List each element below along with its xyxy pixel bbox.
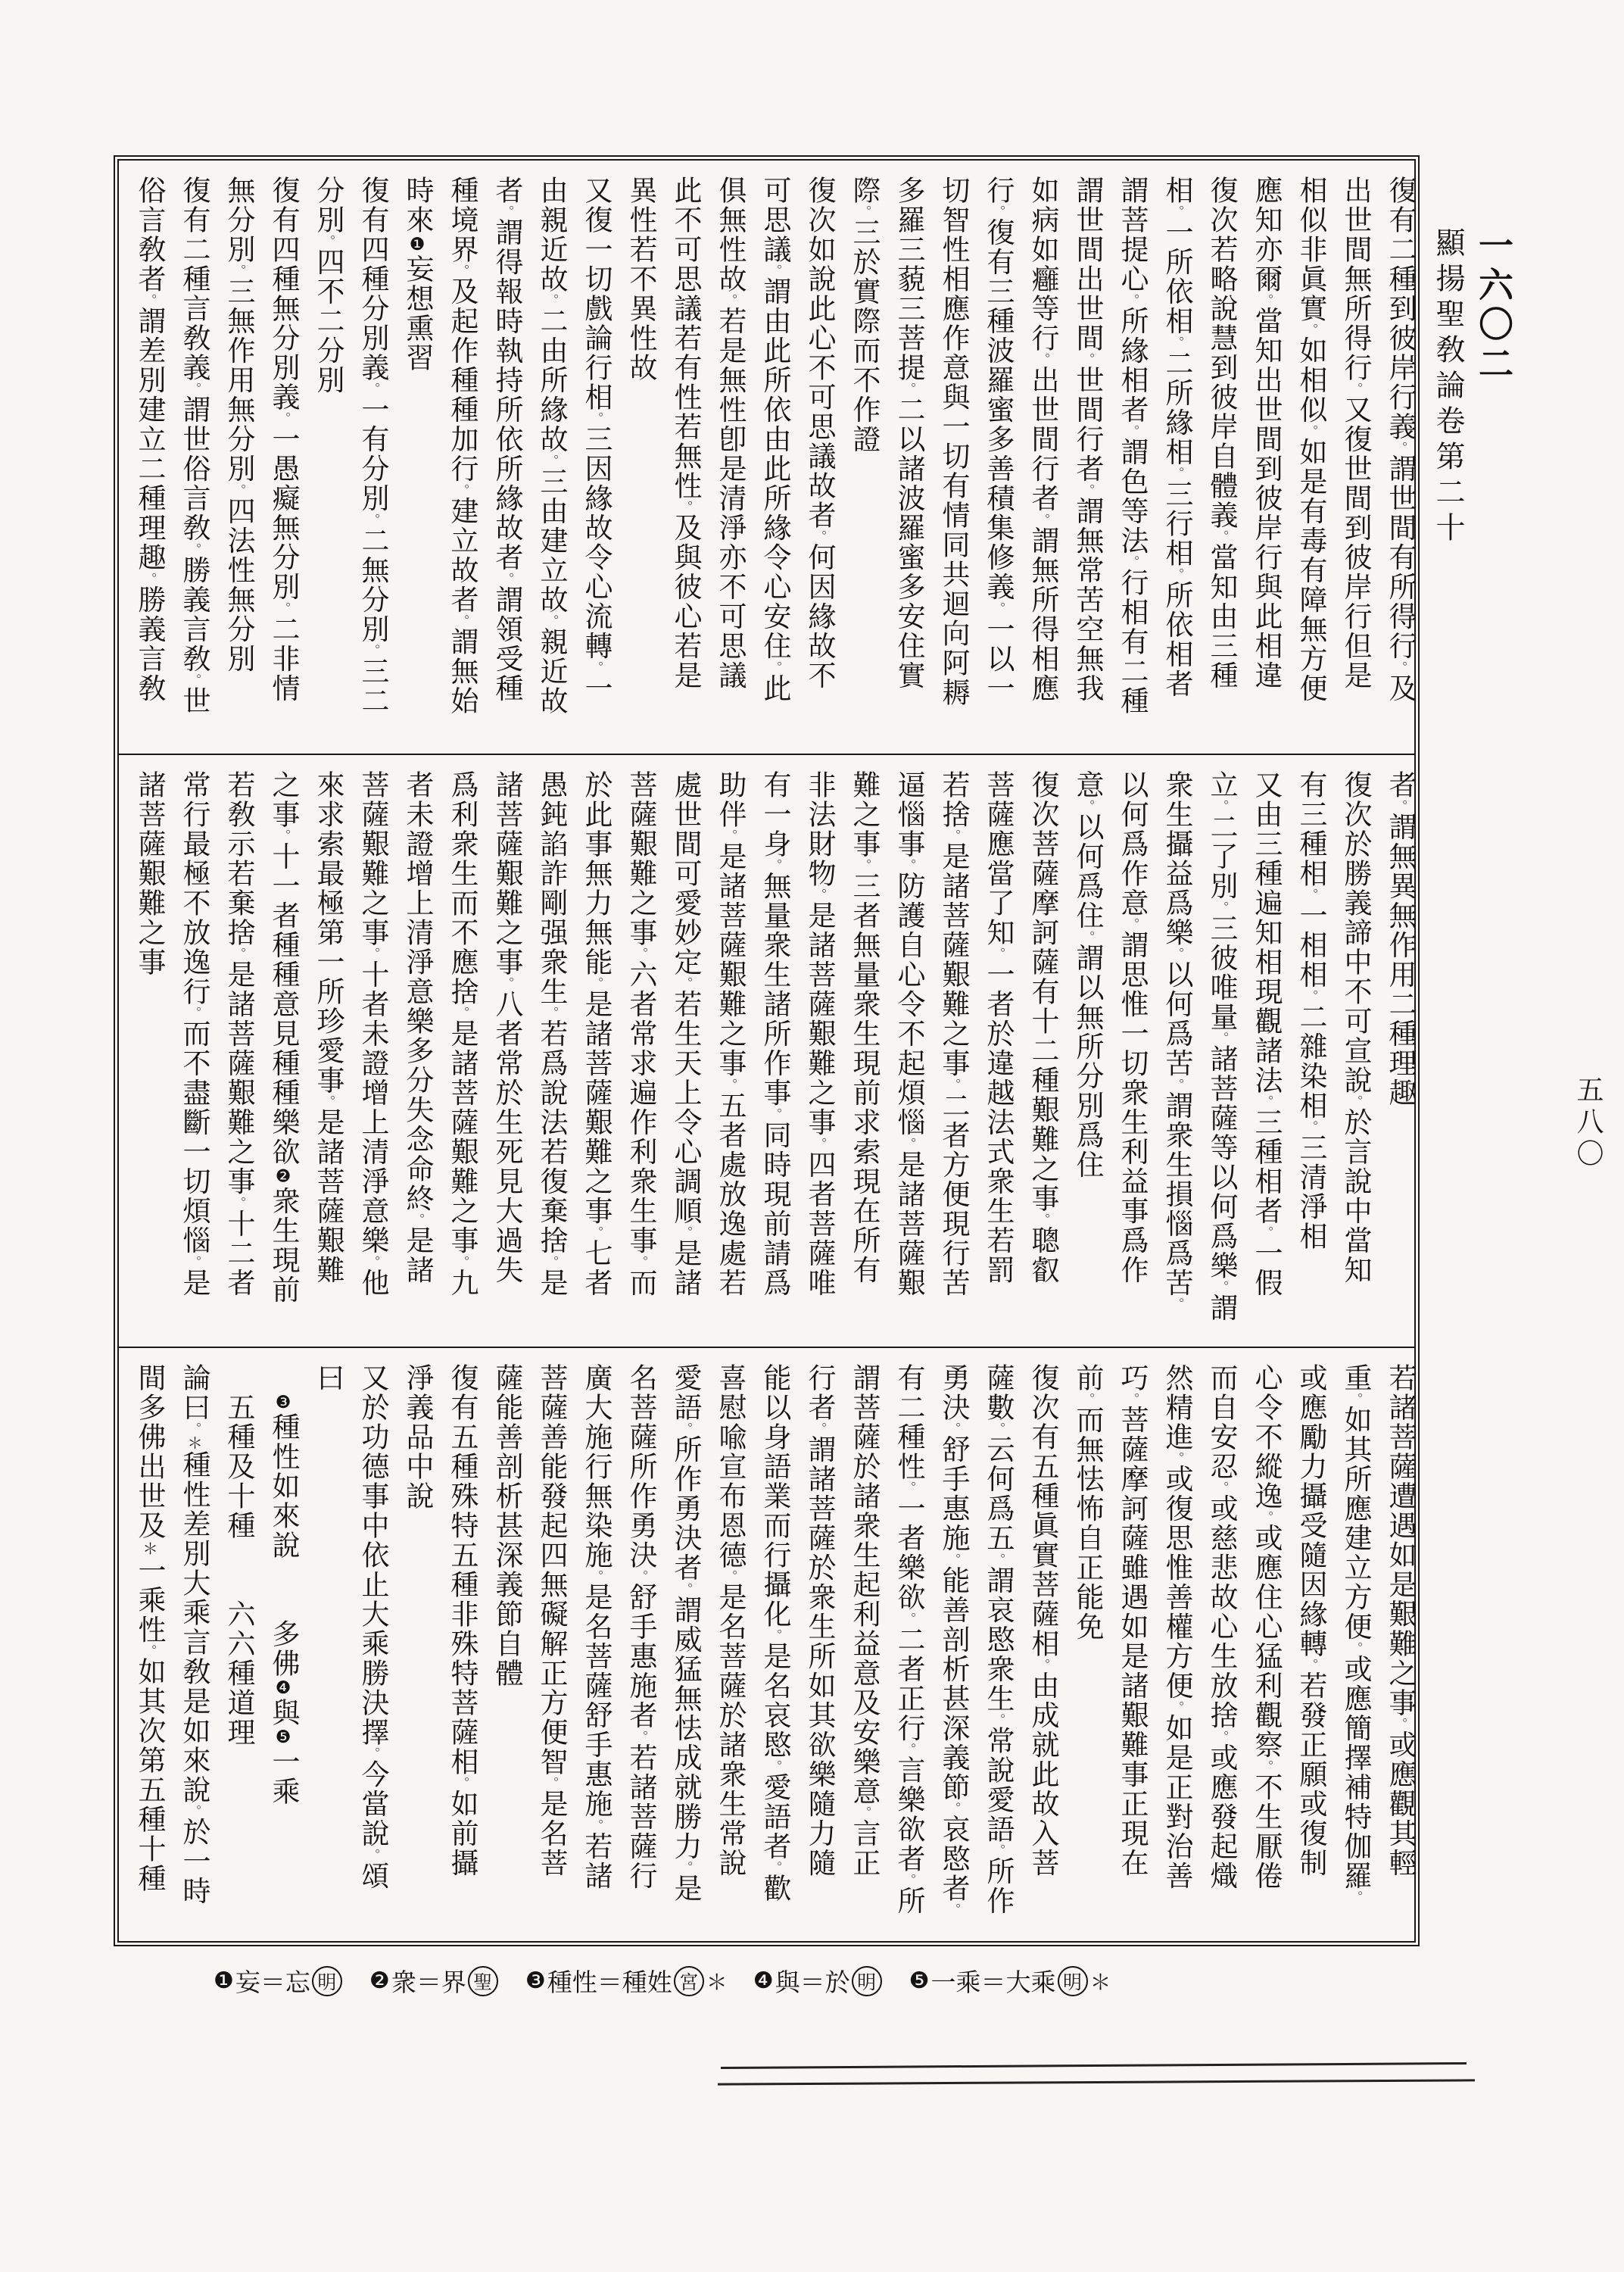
text-column: 時來❶妄想熏習	[387, 176, 432, 738]
footnote-marker-icon: ❶	[214, 1968, 234, 1994]
text-column: 復次若略說慧到彼岸自體義。當知由三種	[1191, 176, 1236, 738]
text-column: 種境界。及起作種種加行。建立故者。謂無始	[432, 176, 476, 738]
text-column: 名菩薩所作勇決。舒手惠施者。若諸菩薩行	[610, 1363, 655, 1924]
text-column: 難之事。三者無量衆生現前求索現在所有	[834, 770, 878, 1331]
text-column: 愚鈍諂詐剛强衆生。若爲說法若復棄捨。是	[521, 770, 566, 1331]
text-column: 相似非眞實。如相似。如是有毒有障無方便	[1280, 176, 1325, 738]
text-column: 謂世間出世間。世間行者。謂無常苦空無我	[1057, 176, 1102, 738]
text-column: ❸種性如來說 多佛❹與❺一乘	[253, 1363, 298, 1924]
text-column: 者。謂無異無作用二種理趣	[1370, 770, 1414, 1331]
text-column: 有三種相。一相相。二雜染相。三清淨相	[1280, 770, 1325, 1331]
text-column: 薩能善剖析甚深義節自體	[476, 1363, 521, 1924]
footnote-item: ❹與＝於明	[753, 1963, 884, 1999]
text-column: 謂菩薩於諸衆生起利益意及安樂意。言正	[834, 1363, 878, 1924]
text-column: 者。謂得報時執持所依所緣故者。謂領受種	[476, 176, 521, 738]
text-column: 爲利衆生而不應捨。是諸菩薩艱難之事。九	[432, 770, 476, 1331]
text-column: 若敎示若棄捨。是諸菩薩艱難之事。十二者	[208, 770, 253, 1331]
text-column: 能以身語業而行攝化。是名哀愍。愛語者。歡	[744, 1363, 789, 1924]
text-column: 復有四種無分別義。一愚癡無分別。二非情	[253, 176, 298, 738]
footnote-marker-icon: ❸	[525, 1968, 546, 1994]
text-column: 諸菩薩艱難之事	[119, 770, 164, 1331]
text-column: 立。二了別。三彼唯量。諸菩薩等以何爲樂。謂	[1191, 770, 1236, 1331]
text-column: 又於功德事中依止大乘勝決擇。今當說。頌	[342, 1363, 387, 1924]
footnote-item: ❸種性＝種姓宮＊	[525, 1963, 728, 1999]
text-column: 復有五種殊特五種非殊特菩薩相。如前攝	[432, 1363, 476, 1924]
footnote-star-icon: ＊	[706, 1966, 728, 1996]
text-column: 出世間無所得行。又復世間到彼岸行但是	[1325, 176, 1370, 738]
edition-mark-icon: 明	[852, 1966, 882, 1996]
running-head: 一六〇二 顯揚聖敎論卷第二十	[1426, 227, 1519, 1060]
text-column: 復次如說此心不可思議故者。何因緣故不	[789, 176, 834, 738]
footnote-text: 一乘＝大乘	[931, 1963, 1056, 1999]
text-column: 菩薩善能發起四無礙解正方便智。是名菩	[521, 1363, 566, 1924]
text-column: 喜慰喩宣布恩德。是名菩薩於諸衆生常說	[700, 1363, 744, 1924]
text-column: 俱無性故。若是無性卽是清淨亦不可思議	[700, 176, 744, 738]
text-frame: 復有二種到彼岸行義。謂世間有所得行。及出世間無所得行。又復世間到彼岸行但是相似非…	[114, 155, 1420, 1946]
text-column: 曰	[298, 1363, 342, 1924]
text-column: 來求索最極第一所珍愛事。是諸菩薩艱難	[298, 770, 342, 1331]
text-column: 前。而無怯怖自正能免	[1057, 1363, 1102, 1924]
text-column: 薩數。云何爲五。謂哀愍衆生。常說愛語。所作	[968, 1363, 1012, 1924]
text-column: 廣大施行無染施。是名菩薩舒手惠施。若諸	[566, 1363, 610, 1924]
text-column: 行。復有三種波羅蜜多善積集修義。一以一	[968, 176, 1012, 738]
footnote-marker-icon: ❹	[753, 1968, 774, 1994]
footnote-text: 妄＝忘	[235, 1963, 310, 1999]
text-column: 菩薩艱難之事。十者未證增上清淨意樂。他	[342, 770, 387, 1331]
text-column: 際。三於實際而不作證	[834, 176, 878, 738]
footnote-item: ❺一乘＝大乘明＊	[909, 1963, 1111, 1999]
text-column: 相。一所依相。二所緣相。三行相。所依相者	[1146, 176, 1191, 738]
footnote-marker-icon: ❺	[909, 1968, 930, 1994]
text-column: 異性若不異性故	[610, 176, 655, 738]
text-column: 愛語。所作勇決者。謂威猛無怯成就勝力。是	[655, 1363, 700, 1924]
text-column: 衆生攝益爲樂。以何爲苦。謂衆生損惱爲苦。	[1146, 770, 1191, 1331]
text-column: 分別。四不二分別	[298, 176, 342, 738]
text-column: 復次有五種眞實菩薩相。由成就此故入菩	[1012, 1363, 1057, 1924]
apparatus-footnotes: ❶妄＝忘明❷衆＝界聖❸種性＝種姓宮＊❹與＝於明❺一乘＝大乘明＊	[214, 1963, 1349, 1999]
text-column: 復次菩薩摩訶薩有十二種艱難之事。聰叡	[1012, 770, 1057, 1331]
text-column: 如病如癰等行。出世間行者。謂無所得相應	[1012, 176, 1057, 738]
text-column: 有一身。無量衆生諸所作事。同時現前請爲	[744, 770, 789, 1331]
footnote-star-icon: ＊	[1090, 1966, 1111, 1996]
text-column: 意。以何爲住。謂以無所分別爲住	[1057, 770, 1102, 1331]
text-column: 之事。十一者種種意見種種樂欲❷衆生現前	[253, 770, 298, 1331]
text-column: 切智性相應作意與一切有情同共迴向阿耨	[923, 176, 968, 738]
edition-mark-icon: 明	[1058, 1966, 1088, 1996]
text-column: 論曰。＊種性差別大乘言敎是如來說。於一時	[164, 1363, 208, 1924]
text-column: 助伴。是諸菩薩艱難之事。五者處放逸處若	[700, 770, 744, 1331]
footnote-text: 衆＝界	[391, 1963, 466, 1999]
edition-mark-icon: 聖	[468, 1966, 498, 1996]
text-column: 五種及十種 六六種道理	[208, 1363, 253, 1924]
edition-mark-icon: 明	[312, 1966, 342, 1996]
text-column: 諸菩薩艱難之事。八者常於生死見大過失	[476, 770, 521, 1331]
text-column: 者未證增上清淨意樂多分失念命終。是諸	[387, 770, 432, 1331]
text-column: 若捨。是諸菩薩艱難之事。二者方便現行苦	[923, 770, 968, 1331]
footnote-text: 種性＝種姓	[547, 1963, 672, 1999]
text-column: 逼惱事。防護自心令不起煩惱。是諸菩薩艱	[878, 770, 923, 1331]
text-column: 又由三種遍知相現觀諸法。三種相者。一假	[1236, 770, 1280, 1331]
text-column: 有二種性。一者樂欲。二者正行。言樂欲者。所	[878, 1363, 923, 1924]
text-column: 無分別。三無作用無分別。四法性無分別	[208, 176, 253, 738]
register-middle: 者。謂無異無作用二種理趣復次於勝義諦中不可宣說。於言說中當知有三種相。一相相。二…	[119, 754, 1414, 1347]
text-column: 重。如其所應建立方便。或應簡擇補特伽羅。	[1325, 1363, 1370, 1924]
text-column: 處世間可愛妙定。若生天上令心調順。是諸	[655, 770, 700, 1331]
text-column: 以何爲作意。謂思惟一切衆生利益事爲作	[1102, 770, 1146, 1331]
text-column: 菩薩應當了知。一者於違越法式衆生若罰	[968, 770, 1012, 1331]
register-bottom: 若諸菩薩遭遇如是艱難之事。或應觀其輕重。如其所應建立方便。或應簡擇補特伽羅。或應…	[119, 1347, 1414, 1940]
text-column: 此不可思議若有性若無性。及與彼心若是	[655, 176, 700, 738]
text-column: 俗言敎者。謂差別建立二種理趣。勝義言敎	[119, 176, 164, 738]
text-column: 巧。菩薩摩訶薩雖遇如是諸艱難事正現在	[1102, 1363, 1146, 1924]
scanned-canon-page: 復有二種到彼岸行義。謂世間有所得行。及出世間無所得行。又復世間到彼岸行但是相似非…	[0, 0, 1624, 2272]
bottom-rule-1	[721, 2062, 1467, 2069]
text-column: 勇決。舒手惠施。能善剖析甚深義節。哀愍者。	[923, 1363, 968, 1924]
text-column: 然精進。或復思惟善權方便。如是正對治善	[1146, 1363, 1191, 1924]
text-column: 或應勵力攝受隨因緣轉。若發正願或復制	[1280, 1363, 1325, 1924]
text-column: 若諸菩薩遭遇如是艱難之事。或應觀其輕	[1370, 1363, 1414, 1924]
text-column: 可思議。謂由此所依由此所緣令心安住。此	[744, 176, 789, 738]
text-column: 由親近故。二由所緣故。三由建立故。親近故	[521, 176, 566, 738]
text-column: 而自安忍。或慈悲故心生放捨。或應發起熾	[1191, 1363, 1236, 1924]
text-column: 復有二種言敎義。謂世俗言敎。勝義言敎。世	[164, 176, 208, 738]
text-column: 復有四種分別義。一有分別。二無分別。三二	[342, 176, 387, 738]
register-top: 復有二種到彼岸行義。謂世間有所得行。及出世間無所得行。又復世間到彼岸行但是相似非…	[119, 161, 1414, 754]
text-column: 心令不縱逸。或應住心猛利觀察。不生厭倦	[1236, 1363, 1280, 1924]
text-column: 多羅三藐三菩提。二以諸波羅蜜多安住實	[878, 176, 923, 738]
text-column: 於此事無力無能。是諸菩薩艱難之事。七者	[566, 770, 610, 1331]
text-column: 菩薩艱難之事。六者常求遍作利衆生事。而	[610, 770, 655, 1331]
footnote-text: 與＝於	[775, 1963, 850, 1999]
text-column: 行者。謂諸菩薩於衆生所如其欲樂隨力隨	[789, 1363, 834, 1924]
text-column: 復次於勝義諦中不可宣說。於言說中當知	[1325, 770, 1370, 1331]
bottom-rule-2	[718, 2079, 1475, 2085]
text-column: 應知亦爾。當知出世間到彼岸行與此相違	[1236, 176, 1280, 738]
text-column: 又復一切戲論行相。三因緣故令心流轉。一	[566, 176, 610, 738]
text-column: 淨義品中說	[387, 1363, 432, 1924]
edition-mark-icon: 宮	[674, 1966, 704, 1996]
text-column: 間多佛出世及＊一乘性。如其次第五種十種	[119, 1363, 164, 1924]
text-column: 謂菩提心。所緣相者。謂色等法。行相有二種	[1102, 176, 1146, 738]
scroll-title: 顯揚聖敎論卷第二十	[1426, 227, 1469, 1060]
footnote-marker-icon: ❷	[369, 1968, 390, 1994]
canon-number: 一六〇二	[1469, 227, 1519, 1060]
folio-number: 五八〇	[1569, 1075, 1607, 1171]
footnote-item: ❶妄＝忘明	[214, 1963, 344, 1999]
text-column: 非法財物。是諸菩薩艱難之事。四者菩薩唯	[789, 770, 834, 1331]
text-column: 常行最極不放逸行。而不盡斷一切煩惱。是	[164, 770, 208, 1331]
text-column: 復有二種到彼岸行義。謂世間有所得行。及	[1370, 176, 1414, 738]
footnote-item: ❷衆＝界聖	[369, 1963, 500, 1999]
